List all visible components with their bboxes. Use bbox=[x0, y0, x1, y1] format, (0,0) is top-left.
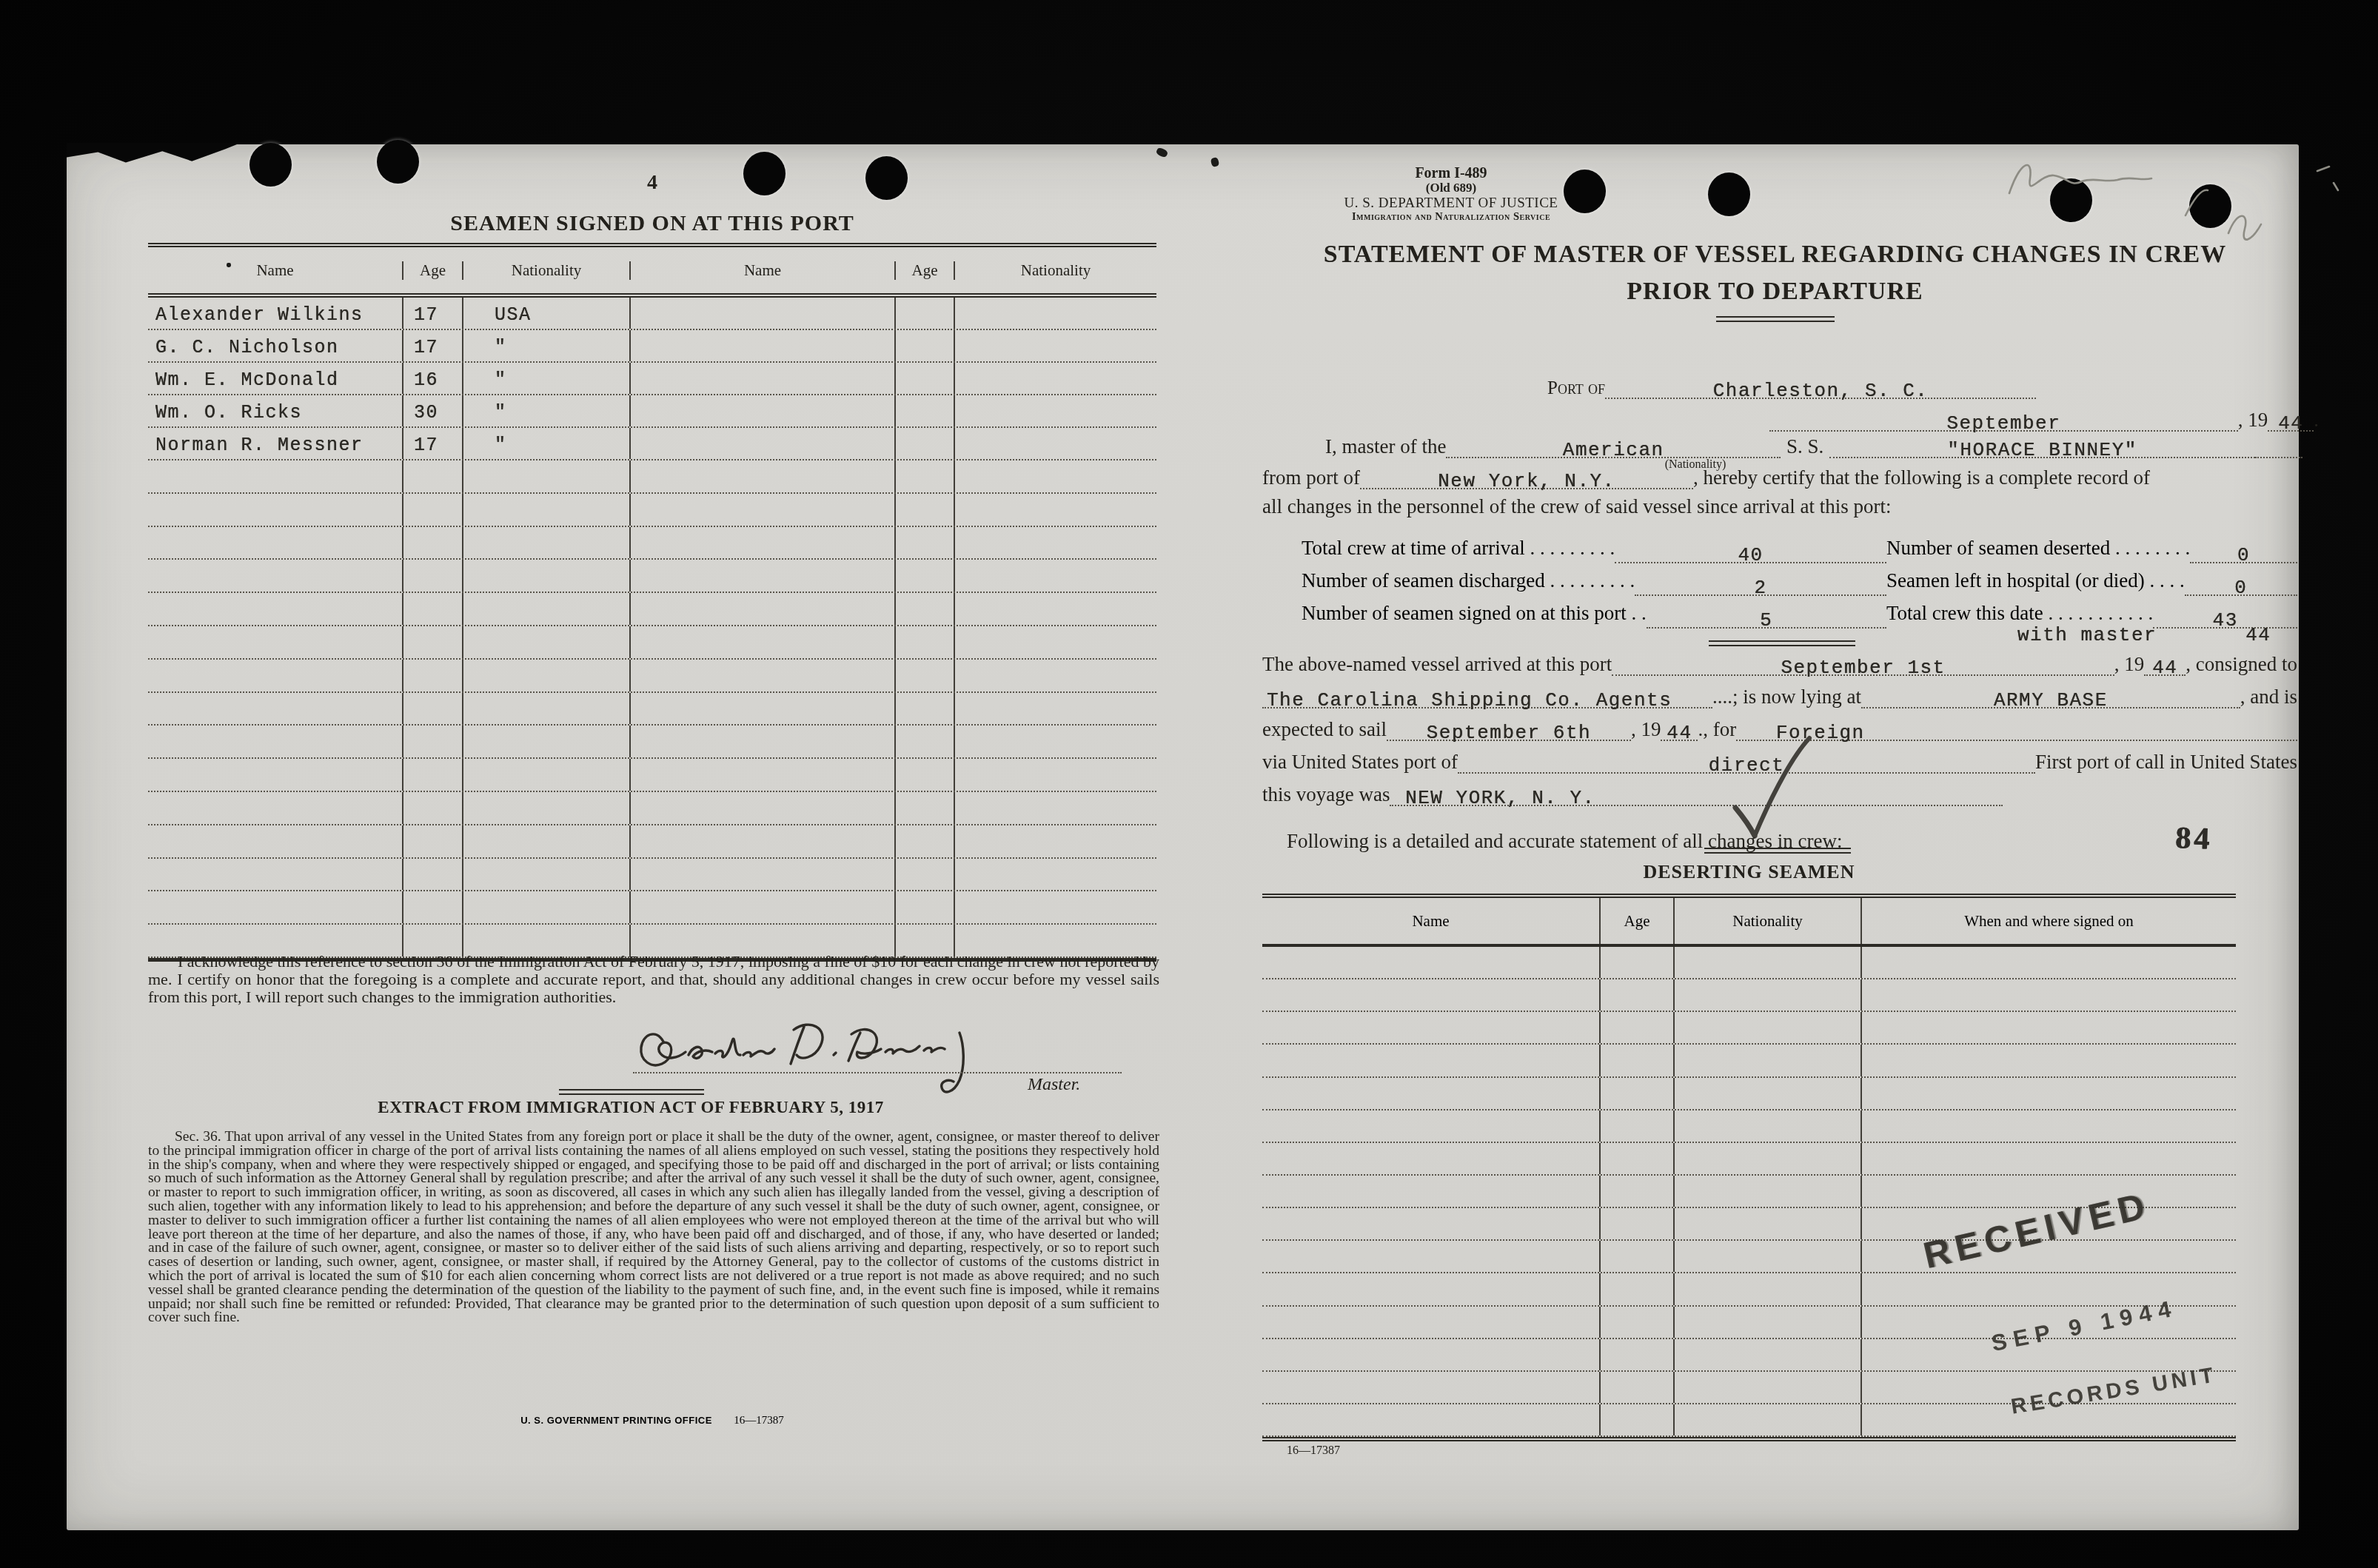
sail-year-value: 44 bbox=[1667, 722, 1692, 744]
empty-cell bbox=[148, 726, 403, 757]
stat-label: Number of seamen deserted . . . . . . . … bbox=[1886, 537, 2190, 563]
empty-cell bbox=[955, 859, 1156, 891]
stat-discharged: Number of seamen discharged . . . . . . … bbox=[1302, 569, 1886, 596]
column-header: When and where signed on bbox=[1862, 898, 2236, 944]
voyage-label: this voyage was bbox=[1262, 783, 1390, 806]
column-header: Name bbox=[148, 261, 403, 280]
empty-cell bbox=[463, 527, 631, 559]
sail-destination-field: Foreign bbox=[1736, 714, 2297, 741]
empty-cell bbox=[955, 494, 1156, 526]
empty-cell bbox=[1601, 1307, 1675, 1338]
following-statement: Following is a detailed and accurate sta… bbox=[1287, 830, 1842, 853]
empty-cell bbox=[463, 859, 631, 891]
empty-cell bbox=[403, 726, 463, 757]
table-row bbox=[148, 660, 1156, 693]
empty-cell bbox=[1675, 1110, 1862, 1142]
seaman-nationality: USA bbox=[463, 298, 631, 329]
table-row bbox=[148, 460, 1156, 494]
empty-cell bbox=[1675, 1339, 1862, 1370]
empty-cell bbox=[148, 626, 403, 658]
empty-cell bbox=[463, 560, 631, 592]
seaman-age: 30 bbox=[403, 395, 463, 426]
empty-cell bbox=[955, 460, 1156, 492]
empty-cell bbox=[631, 626, 896, 658]
right-page-title-line2: PRIOR TO DEPARTURE bbox=[1310, 278, 2240, 306]
empty-cell bbox=[955, 593, 1156, 625]
empty-cell bbox=[1675, 1012, 1862, 1043]
sail-label: expected to sail bbox=[1262, 718, 1387, 741]
date-period: . bbox=[2314, 409, 2319, 432]
from-port-field: New York, N.Y. bbox=[1360, 463, 1693, 489]
empty-cell bbox=[1675, 1273, 1862, 1304]
empty-cell bbox=[631, 395, 896, 426]
seaman-age: 17 bbox=[403, 428, 463, 459]
table-row: Wm. E. McDonald 16 " bbox=[148, 363, 1156, 395]
lying-suffix: , and is bbox=[2240, 686, 2297, 708]
empty-cell bbox=[403, 891, 463, 923]
empty-cell bbox=[955, 891, 1156, 923]
master-label: Master. bbox=[1028, 1075, 1080, 1095]
empty-cell bbox=[403, 560, 463, 592]
form-print-number: 16—17387 bbox=[734, 1415, 784, 1427]
table-filled-rows: Alexander Wilkins 17 USA G. C. Nicholson… bbox=[148, 298, 1156, 460]
empty-cell bbox=[896, 660, 955, 691]
stats-row-2: Number of seamen discharged . . . . . . … bbox=[1302, 569, 2297, 596]
empty-cell bbox=[1601, 1045, 1675, 1076]
speck bbox=[1156, 147, 1169, 158]
form-number-old: (Old 689) bbox=[1329, 181, 1573, 195]
speck bbox=[1210, 157, 1220, 167]
year-prefix: , 19 bbox=[2238, 409, 2268, 432]
with-master-value: 44 bbox=[2245, 624, 2271, 646]
empty-cell bbox=[403, 660, 463, 691]
empty-cell bbox=[955, 792, 1156, 824]
arrived-prefix: The above-named vessel arrived at this p… bbox=[1262, 653, 1612, 676]
with-master-note: with master 44 bbox=[2017, 624, 2271, 646]
empty-cell bbox=[631, 494, 896, 526]
seaman-name: Alexander Wilkins bbox=[148, 298, 403, 329]
table-row: G. C. Nicholson 17 " bbox=[148, 330, 1156, 363]
voyage-line: this voyage was NEW YORK, N. Y. bbox=[1262, 780, 2003, 806]
table-row bbox=[1262, 1143, 2236, 1176]
table-row bbox=[1262, 1045, 2236, 1077]
column-header: Nationality bbox=[1675, 898, 1862, 944]
empty-cell bbox=[1601, 1176, 1675, 1207]
empty-cell bbox=[955, 626, 1156, 658]
empty-cell bbox=[1675, 1176, 1862, 1207]
table-row: Norman R. Messner 17 " bbox=[148, 428, 1156, 460]
lying-field: ARMY BASE bbox=[1861, 682, 2240, 708]
empty-cell bbox=[896, 428, 955, 459]
table-row bbox=[148, 626, 1156, 660]
empty-cell bbox=[896, 298, 955, 329]
empty-cell bbox=[1262, 1372, 1601, 1403]
empty-cell bbox=[1601, 1404, 1675, 1435]
empty-cell bbox=[1601, 1241, 1675, 1272]
empty-cell bbox=[955, 825, 1156, 857]
punch-hole bbox=[1708, 172, 1750, 216]
empty-cell bbox=[631, 363, 896, 394]
table-row bbox=[1262, 1012, 2236, 1045]
stat-value: 5 bbox=[1760, 609, 1772, 631]
empty-cell bbox=[403, 693, 463, 725]
stat-total-arrival: Total crew at time of arrival . . . . . … bbox=[1302, 537, 1886, 563]
empty-cell bbox=[1862, 947, 2236, 978]
stat-value: 0 bbox=[2234, 577, 2247, 599]
empty-cell bbox=[403, 527, 463, 559]
empty-cell bbox=[463, 726, 631, 757]
table-row bbox=[1262, 1273, 2236, 1306]
table-row bbox=[1262, 1339, 2236, 1372]
empty-cell bbox=[463, 792, 631, 824]
table-row bbox=[148, 693, 1156, 726]
empty-cell bbox=[896, 560, 955, 592]
empty-cell bbox=[1862, 1143, 2236, 1174]
voyage-value: NEW YORK, N. Y. bbox=[1405, 787, 1595, 809]
empty-cell bbox=[1601, 1273, 1675, 1304]
certify-text: , hereby certify that the following is a… bbox=[1693, 466, 2150, 489]
arrived-date-value: September 1st bbox=[1781, 657, 1945, 679]
port-of-label: Port of bbox=[1547, 378, 1605, 399]
empty-cell bbox=[1675, 947, 1862, 978]
sail-date-value: September 6th bbox=[1427, 722, 1591, 744]
empty-cell bbox=[631, 460, 896, 492]
table-row bbox=[1262, 1110, 2236, 1143]
empty-cell bbox=[1675, 1372, 1862, 1403]
empty-cell bbox=[896, 825, 955, 857]
changes-text: all changes in the personnel of the crew… bbox=[1262, 495, 1891, 518]
date-year-field: 44 bbox=[2268, 405, 2314, 432]
master-signature bbox=[629, 1012, 999, 1099]
empty-cell bbox=[1262, 1012, 1601, 1043]
arrived-suffix: , consigned to bbox=[2186, 653, 2297, 676]
empty-cell bbox=[631, 859, 896, 891]
table-row bbox=[148, 825, 1156, 859]
stat-signed-on: Number of seamen signed on at this port … bbox=[1302, 602, 1886, 629]
stamped-page-number: 84 bbox=[2174, 820, 2213, 857]
empty-cell bbox=[631, 759, 896, 791]
vessel-name-value: "HORACE BINNEY" bbox=[1947, 439, 2137, 461]
stat-label: Seamen left in hospital (or died) . . . … bbox=[1886, 569, 2185, 596]
empty-cell bbox=[955, 527, 1156, 559]
acknowledgment-paragraph: I acknowledge this reference to section … bbox=[148, 953, 1159, 1005]
empty-cell bbox=[631, 298, 896, 329]
column-header: Age bbox=[896, 261, 955, 280]
table-row bbox=[1262, 1078, 2236, 1110]
seaman-age: 16 bbox=[403, 363, 463, 394]
empty-cell bbox=[1262, 1110, 1601, 1142]
empty-cell bbox=[955, 395, 1156, 426]
empty-cell bbox=[1262, 1339, 1601, 1370]
left-page-title: SEAMEN SIGNED ON AT THIS PORT bbox=[148, 211, 1156, 236]
empty-cell bbox=[896, 363, 955, 394]
empty-cell bbox=[1262, 1307, 1601, 1338]
master-prefix: I, master of the bbox=[1325, 435, 1446, 458]
column-header: Age bbox=[403, 261, 463, 280]
empty-cell bbox=[148, 693, 403, 725]
column-header: Nationality bbox=[463, 261, 631, 280]
title-rule bbox=[1716, 316, 1835, 322]
empty-cell bbox=[148, 792, 403, 824]
port-of-line: Port of Charleston, S. C. bbox=[1547, 372, 2036, 399]
service-name: Immigration and Naturalization Service bbox=[1329, 210, 1573, 224]
empty-cell bbox=[896, 527, 955, 559]
empty-cell bbox=[403, 825, 463, 857]
table-row bbox=[148, 891, 1156, 925]
empty-cell bbox=[403, 494, 463, 526]
empty-cell bbox=[1601, 1012, 1675, 1043]
lying-label: ....; is now lying at bbox=[1712, 686, 1861, 708]
empty-cell bbox=[955, 298, 1156, 329]
empty-cell bbox=[1862, 1176, 2236, 1207]
column-header: Name bbox=[1262, 898, 1601, 944]
empty-cell bbox=[1862, 979, 2236, 1011]
empty-cell bbox=[148, 891, 403, 923]
empty-cell bbox=[631, 428, 896, 459]
empty-cell bbox=[463, 593, 631, 625]
stat-label: Number of seamen discharged . . . . . . … bbox=[1302, 569, 1635, 596]
empty-cell bbox=[1862, 1045, 2236, 1076]
empty-cell bbox=[896, 891, 955, 923]
voyage-field: NEW YORK, N. Y. bbox=[1390, 780, 2003, 806]
consignee-value: The Carolina Shipping Co. Agents bbox=[1267, 689, 1672, 711]
empty-cell bbox=[1601, 1143, 1675, 1174]
stat-field: 0 bbox=[2185, 569, 2297, 596]
empty-cell bbox=[896, 726, 955, 757]
right-page-title-line1: STATEMENT OF MASTER OF VESSEL REGARDING … bbox=[1310, 241, 2240, 269]
sail-date-field: September 6th bbox=[1387, 714, 1631, 741]
from-port-label: from port of bbox=[1262, 466, 1360, 489]
extract-section-36-text: Sec. 36. That upon arrival of any vessel… bbox=[148, 1130, 1159, 1325]
seaman-nationality: " bbox=[463, 363, 631, 394]
table-row bbox=[148, 859, 1156, 892]
empty-cell bbox=[1601, 1110, 1675, 1142]
empty-cell bbox=[148, 494, 403, 526]
vessel-name-field: "HORACE BINNEY" bbox=[1829, 432, 2255, 458]
torn-corner bbox=[67, 143, 241, 164]
stat-field: 2 bbox=[1635, 569, 1886, 596]
empty-cell bbox=[463, 626, 631, 658]
empty-cell bbox=[403, 792, 463, 824]
empty-cell bbox=[463, 891, 631, 923]
empty-cell bbox=[1601, 1372, 1675, 1403]
empty-cell bbox=[896, 395, 955, 426]
empty-cell bbox=[403, 859, 463, 891]
empty-cell bbox=[631, 693, 896, 725]
arrived-line: The above-named vessel arrived at this p… bbox=[1262, 649, 2297, 676]
empty-cell bbox=[896, 693, 955, 725]
seaman-age: 17 bbox=[403, 330, 463, 361]
empty-cell bbox=[1675, 1208, 1862, 1239]
empty-cell bbox=[463, 825, 631, 857]
empty-cell bbox=[955, 363, 1156, 394]
sail-year-field: 44 bbox=[1661, 714, 1698, 741]
table-empty-rows bbox=[1262, 947, 2236, 1437]
empty-cell bbox=[1675, 1404, 1862, 1435]
printing-office-label: U. S. GOVERNMENT PRINTING OFFICE bbox=[520, 1415, 712, 1426]
empty-cell bbox=[1601, 1208, 1675, 1239]
empty-cell bbox=[403, 460, 463, 492]
via-label: via United States port of bbox=[1262, 751, 1458, 774]
stats-row-1: Total crew at time of arrival . . . . . … bbox=[1302, 537, 2297, 563]
empty-cell bbox=[148, 759, 403, 791]
table-row bbox=[148, 593, 1156, 626]
year-prefix: , 19 bbox=[1631, 718, 1661, 741]
seamen-signed-on-table: Name Age Nationality Name Age Nationalit… bbox=[148, 243, 1156, 962]
table-row bbox=[148, 759, 1156, 792]
empty-cell bbox=[1262, 1208, 1601, 1239]
empty-cell bbox=[1675, 1078, 1862, 1109]
seaman-nationality: " bbox=[463, 330, 631, 361]
via-suffix: First port of call in United States bbox=[2035, 751, 2297, 774]
empty-cell bbox=[955, 759, 1156, 791]
port-of-value: Charleston, S. C. bbox=[1713, 380, 1929, 402]
seaman-name: Wm. O. Ricks bbox=[148, 395, 403, 426]
empty-cell bbox=[631, 825, 896, 857]
empty-cell bbox=[1601, 947, 1675, 978]
empty-cell bbox=[463, 460, 631, 492]
extract-heading: EXTRACT FROM IMMIGRATION ACT OF FEBRUARY… bbox=[113, 1098, 1149, 1117]
table-header-row: Name Age Nationality Name Age Nationalit… bbox=[148, 247, 1156, 298]
empty-cell bbox=[1675, 979, 1862, 1011]
stat-label: Number of seamen signed on at this port … bbox=[1302, 602, 1647, 629]
from-port-value: New York, N.Y. bbox=[1438, 470, 1615, 492]
table-row bbox=[148, 560, 1156, 593]
seaman-nationality: " bbox=[463, 428, 631, 459]
from-port-line: from port of New York, N.Y. , hereby cer… bbox=[1262, 463, 2297, 489]
stat-label: Total crew at time of arrival . . . . . … bbox=[1302, 537, 1615, 563]
table-row bbox=[148, 494, 1156, 527]
table-row bbox=[1262, 979, 2236, 1012]
empty-cell bbox=[955, 693, 1156, 725]
left-page-footer: U. S. GOVERNMENT PRINTING OFFICE 16—1738… bbox=[148, 1415, 1156, 1427]
vessel-nationality-field: American bbox=[1446, 432, 1781, 458]
master-of-vessel-line: I, master of the American S. S. "HORACE … bbox=[1325, 432, 2302, 458]
empty-cell bbox=[1862, 1012, 2236, 1043]
empty-cell bbox=[1675, 1045, 1862, 1076]
right-page-footer-number: 16—17387 bbox=[1287, 1444, 1340, 1458]
empty-cell bbox=[1262, 1045, 1601, 1076]
stat-field: 40 bbox=[1615, 537, 1886, 563]
seaman-age: 17 bbox=[403, 298, 463, 329]
consignee-line: The Carolina Shipping Co. Agents ....; i… bbox=[1262, 682, 2297, 708]
empty-cell bbox=[1262, 979, 1601, 1011]
seaman-name: Wm. E. McDonald bbox=[148, 363, 403, 394]
stat-value: 2 bbox=[1755, 577, 1767, 599]
paper-sheet: 4 SEAMEN SIGNED ON AT THIS PORT Name Age… bbox=[67, 144, 2299, 1530]
empty-cell bbox=[1675, 1143, 1862, 1174]
empty-cell bbox=[403, 626, 463, 658]
year-prefix: , 19 bbox=[2114, 653, 2145, 676]
column-header: Age bbox=[1601, 898, 1675, 944]
empty-cell bbox=[631, 726, 896, 757]
empty-cell bbox=[1262, 1143, 1601, 1174]
signature-line bbox=[633, 1072, 1122, 1073]
table-row bbox=[148, 792, 1156, 825]
form-id-block: Form I-489 (Old 689) U. S. DEPARTMENT OF… bbox=[1329, 167, 1573, 224]
empty-cell bbox=[463, 660, 631, 691]
stat-field: 0 bbox=[2190, 537, 2297, 563]
date-line: September , 19 44 . bbox=[1769, 405, 2319, 432]
empty-cell bbox=[1862, 1078, 2236, 1109]
divider-rule bbox=[1709, 640, 1855, 646]
arrived-date-field: September 1st bbox=[1612, 649, 2114, 676]
empty-cell bbox=[463, 759, 631, 791]
empty-cell bbox=[896, 792, 955, 824]
empty-cell bbox=[896, 593, 955, 625]
empty-cell bbox=[955, 428, 1156, 459]
empty-cell bbox=[1675, 1241, 1862, 1272]
with-master-label: with master bbox=[2017, 624, 2157, 646]
ss-label: S. S. bbox=[1781, 435, 1829, 458]
seaman-name: G. C. Nicholson bbox=[148, 330, 403, 361]
trailing-blank bbox=[2255, 432, 2302, 458]
empty-cell bbox=[1862, 1110, 2236, 1142]
seaman-nationality: " bbox=[463, 395, 631, 426]
empty-cell bbox=[148, 660, 403, 691]
empty-cell bbox=[148, 560, 403, 592]
divider-rule bbox=[559, 1089, 704, 1095]
empty-cell bbox=[1601, 1078, 1675, 1109]
empty-cell bbox=[631, 593, 896, 625]
empty-cell bbox=[403, 759, 463, 791]
stat-field: 5 bbox=[1647, 602, 1886, 629]
stat-value: 40 bbox=[1738, 544, 1764, 566]
empty-cell bbox=[1601, 1339, 1675, 1370]
stat-hospital: Seamen left in hospital (or died) . . . … bbox=[1886, 569, 2297, 596]
empty-cell bbox=[631, 527, 896, 559]
empty-cell bbox=[148, 460, 403, 492]
deserting-seamen-heading: DESERTING SEAMEN bbox=[1262, 861, 2236, 883]
empty-cell bbox=[955, 330, 1156, 361]
column-header: Name bbox=[631, 261, 896, 280]
empty-cell bbox=[1601, 979, 1675, 1011]
empty-cell bbox=[896, 859, 955, 891]
empty-cell bbox=[148, 859, 403, 891]
port-of-field: Charleston, S. C. bbox=[1605, 372, 2036, 399]
table-row bbox=[148, 726, 1156, 759]
empty-cell bbox=[896, 494, 955, 526]
empty-cell bbox=[955, 560, 1156, 592]
arrived-year-field: 44 bbox=[2144, 649, 2186, 676]
empty-cell bbox=[896, 460, 955, 492]
empty-cell bbox=[896, 626, 955, 658]
empty-cell bbox=[1262, 947, 1601, 978]
empty-cell bbox=[631, 792, 896, 824]
table-row: Alexander Wilkins 17 USA bbox=[148, 298, 1156, 330]
scanned-document-background: 4 SEAMEN SIGNED ON AT THIS PORT Name Age… bbox=[0, 0, 2378, 1568]
empty-cell bbox=[403, 593, 463, 625]
stat-deserted: Number of seamen deserted . . . . . . . … bbox=[1886, 537, 2297, 563]
date-month-field: September bbox=[1769, 405, 2238, 432]
lying-value: ARMY BASE bbox=[1994, 689, 2108, 711]
empty-cell bbox=[1262, 1404, 1601, 1435]
table-row bbox=[1262, 1241, 2236, 1273]
seaman-name: Norman R. Messner bbox=[148, 428, 403, 459]
empty-cell bbox=[1262, 1176, 1601, 1207]
table-row: Wm. O. Ricks 30 " bbox=[148, 395, 1156, 428]
empty-cell bbox=[463, 494, 631, 526]
empty-cell bbox=[631, 891, 896, 923]
empty-cell bbox=[148, 825, 403, 857]
empty-cell bbox=[1862, 1273, 2236, 1304]
empty-cell bbox=[631, 660, 896, 691]
empty-cell bbox=[1262, 1078, 1601, 1109]
changes-text-line: all changes in the personnel of the crew… bbox=[1262, 495, 1891, 518]
empty-cell bbox=[896, 759, 955, 791]
stat-value: 0 bbox=[2237, 544, 2250, 566]
empty-cell bbox=[631, 330, 896, 361]
